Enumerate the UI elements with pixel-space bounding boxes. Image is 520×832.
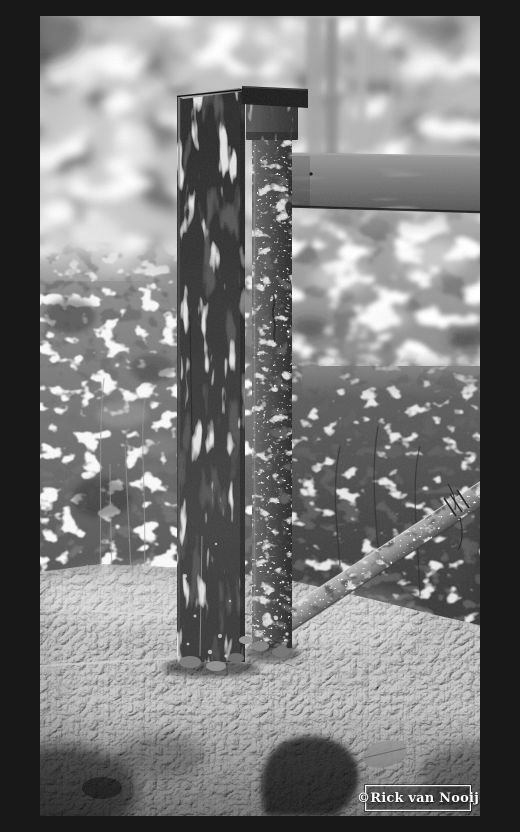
- scene-illustration: [40, 16, 480, 816]
- vignette: [40, 16, 480, 816]
- watermark-frame: ©Rick van Nooij: [365, 785, 471, 811]
- copyright-text: ©Rick van Nooij: [357, 792, 479, 805]
- photo: ©Rick van Nooij: [40, 16, 480, 816]
